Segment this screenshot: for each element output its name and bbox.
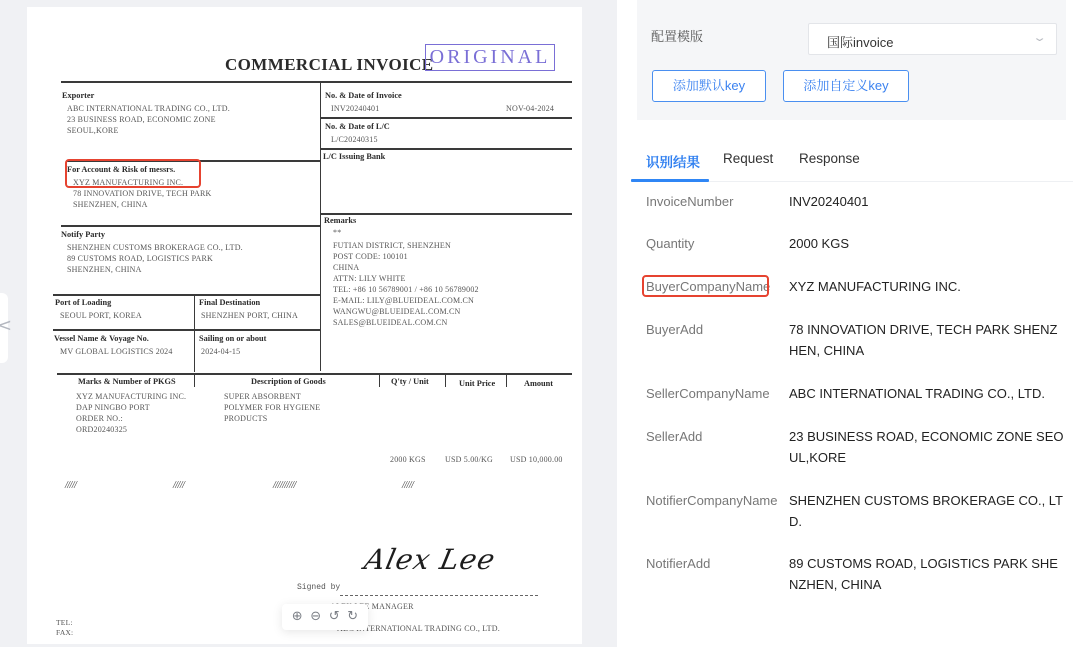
marks-line: XYZ MANUFACTURING INC. (76, 391, 186, 403)
lc-number: L/C20240315 (331, 134, 378, 146)
result-value: ABC INTERNATIONAL TRADING CO., LTD. (789, 383, 1064, 404)
original-stamp: ORIGINAL (425, 44, 555, 71)
remarks-line: POST CODE: 100101 (333, 251, 408, 263)
template-select-value: 国际invoice (827, 32, 893, 51)
fax-label: FAX: (56, 627, 73, 639)
previous-page-button[interactable]: < (0, 293, 8, 363)
add-custom-key-button[interactable]: 添加自定义key (783, 70, 909, 102)
unit-price-value: USD 5.00/KG (445, 454, 493, 466)
result-value: 2000 KGS (789, 233, 1064, 254)
rotate-left-icon[interactable]: ↺ (329, 610, 340, 624)
result-value: 78 INNOVATION DRIVE, TECH PARK SHENZHEN,… (789, 319, 1064, 361)
final-destination-value: SHENZHEN PORT, CHINA (201, 310, 298, 322)
port-loading-label: Port of Loading (55, 298, 111, 307)
slash-fill: ///// (173, 480, 184, 491)
signature-line (340, 595, 538, 596)
rotate-right-icon[interactable]: ↻ (347, 610, 358, 624)
table-header-unit-price: Unit Price (459, 379, 495, 388)
vessel-label: Vessel Name & Voyage No. (54, 334, 149, 343)
remarks-line: FUTIAN DISTRICT, SHENZHEN (333, 240, 451, 252)
remarks-line: CHINA (333, 262, 359, 274)
divider (53, 329, 321, 331)
notify-party-line: SHENZHEN, CHINA (67, 264, 142, 276)
sailing-value: 2024-04-15 (201, 346, 240, 358)
table-header-marks: Marks & Number of PKGS (78, 377, 176, 386)
result-key: InvoiceNumber (646, 194, 733, 209)
result-key: NotifierAdd (646, 556, 710, 571)
document-viewer: < COMMERCIAL INVOICE ORIGINAL Exporter A… (0, 0, 600, 647)
notify-party-label: Notify Party (61, 230, 105, 239)
result-key: SellerCompanyName (646, 386, 770, 401)
remarks-label: Remarks (324, 216, 356, 225)
exporter-line: ABC INTERNATIONAL TRADING CO., LTD. (67, 103, 230, 115)
divider (53, 294, 321, 296)
highlight-box (642, 275, 769, 297)
marks-line: ORDER NO.: (76, 413, 123, 425)
result-key: NotifierCompanyName (646, 493, 778, 508)
final-destination-label: Final Destination (199, 298, 260, 307)
divider (379, 373, 380, 387)
template-select[interactable]: 国际invoice ⌄ (808, 23, 1057, 55)
divider (321, 117, 572, 119)
marks-line: ORD20240325 (76, 424, 127, 436)
results-panel: 配置模版 国际invoice ⌄ 添加默认key 添加自定义key 识别结果 R… (617, 0, 1080, 647)
result-tabs: 识别结果 Request Response (631, 140, 1073, 182)
image-toolbar: ⊕ ⊖ ↺ ↻ (282, 604, 368, 630)
table-header-amount: Amount (524, 379, 553, 388)
slash-fill: ///// (65, 480, 76, 491)
exporter-line: SEOUL,KORE (67, 125, 119, 137)
remarks-line: ** (333, 227, 341, 239)
description-line: SUPER ABSORBENT (224, 391, 301, 403)
notify-party-line: 89 CUSTOMS ROAD, LOGISTICS PARK (67, 253, 213, 265)
divider (445, 373, 446, 387)
account-risk-line: SHENZHEN, CHINA (73, 199, 148, 211)
quantity-value: 2000 KGS (390, 454, 426, 466)
tab-request[interactable]: Request (723, 151, 773, 166)
exporter-line: 23 BUSINESS ROAD, ECONOMIC ZONE (67, 114, 216, 126)
divider (321, 213, 572, 215)
exporter-label: Exporter (62, 91, 94, 100)
marks-line: DAP NINGBO PORT (76, 402, 150, 414)
result-value: XYZ MANUFACTURING INC. (789, 276, 1064, 297)
slash-fill: ///// (402, 480, 413, 491)
slash-fill: ////////// (273, 480, 296, 491)
zoom-in-icon[interactable]: ⊕ (292, 610, 303, 624)
result-key: Quantity (646, 236, 694, 251)
add-default-key-button[interactable]: 添加默认key (652, 70, 766, 102)
tab-response[interactable]: Response (799, 151, 860, 166)
sailing-label: Sailing on or about (199, 334, 266, 343)
result-key: BuyerAdd (646, 322, 703, 337)
lc-label: No. & Date of L/C (325, 122, 390, 131)
document-title: COMMERCIAL INVOICE (225, 55, 434, 75)
result-value: INV20240401 (789, 191, 1064, 212)
remarks-line: ATTN: LILY WHITE (333, 273, 406, 285)
tab-recognition-result[interactable]: 识别结果 (646, 151, 700, 171)
result-value: SHENZHEN CUSTOMS BROKERAGE CO., LTD. (789, 490, 1064, 532)
table-header-description: Description of Goods (251, 377, 326, 386)
port-loading-value: SEOUL PORT, KOREA (60, 310, 142, 322)
divider (194, 373, 195, 387)
notify-party-line: SHENZHEN CUSTOMS BROKERAGE CO., LTD. (67, 242, 243, 254)
signed-by-label: Signed by (297, 583, 340, 592)
description-line: PRODUCTS (224, 413, 267, 425)
result-value: 89 CUSTOMS ROAD, LOGISTICS PARK SHENZHEN… (789, 553, 1064, 595)
divider (57, 373, 572, 375)
remarks-line: WANGWU@BLUEIDEAL.COM.CN (333, 306, 461, 318)
description-line: POLYMER FOR HYGIENE (224, 402, 320, 414)
chevron-left-icon: < (0, 317, 12, 335)
template-config: 配置模版 国际invoice ⌄ 添加默认key 添加自定义key (637, 0, 1066, 120)
invoice-document: COMMERCIAL INVOICE ORIGINAL Exporter ABC… (27, 7, 582, 644)
divider (61, 81, 572, 83)
remarks-line: E-MAIL: LILY@BLUEIDEAL.COM.CN (333, 295, 474, 307)
invoice-number: INV20240401 (331, 103, 379, 115)
template-label: 配置模版 (651, 26, 703, 45)
divider (61, 225, 321, 227)
zoom-out-icon[interactable]: ⊖ (310, 610, 321, 624)
active-tab-indicator (631, 179, 709, 182)
highlight-box (65, 159, 201, 188)
chevron-down-icon: ⌄ (1032, 31, 1047, 44)
amount-value: USD 10,000.00 (510, 454, 563, 466)
vessel-value: MV GLOBAL LOGISTICS 2024 (60, 346, 173, 358)
divider (506, 373, 507, 387)
divider (194, 294, 195, 372)
result-value: 23 BUSINESS ROAD, ECONOMIC ZONE SEOUL,KO… (789, 426, 1064, 468)
invoice-date: NOV-04-2024 (506, 103, 554, 115)
remarks-line: SALES@BLUEIDEAL.COM.CN (333, 317, 447, 329)
invoice-no-label: No. & Date of Invoice (325, 91, 402, 100)
result-key: SellerAdd (646, 429, 702, 444)
table-header-qty: Q'ty / Unit (391, 377, 429, 386)
account-risk-line: 78 INNOVATION DRIVE, TECH PARK (73, 188, 212, 200)
divider (321, 148, 572, 150)
signature: Alex Lee (361, 543, 498, 576)
lc-bank-label: L/C Issuing Bank (323, 152, 385, 161)
remarks-line: TEL: +86 10 56789001 / +86 10 56789002 (333, 284, 479, 296)
